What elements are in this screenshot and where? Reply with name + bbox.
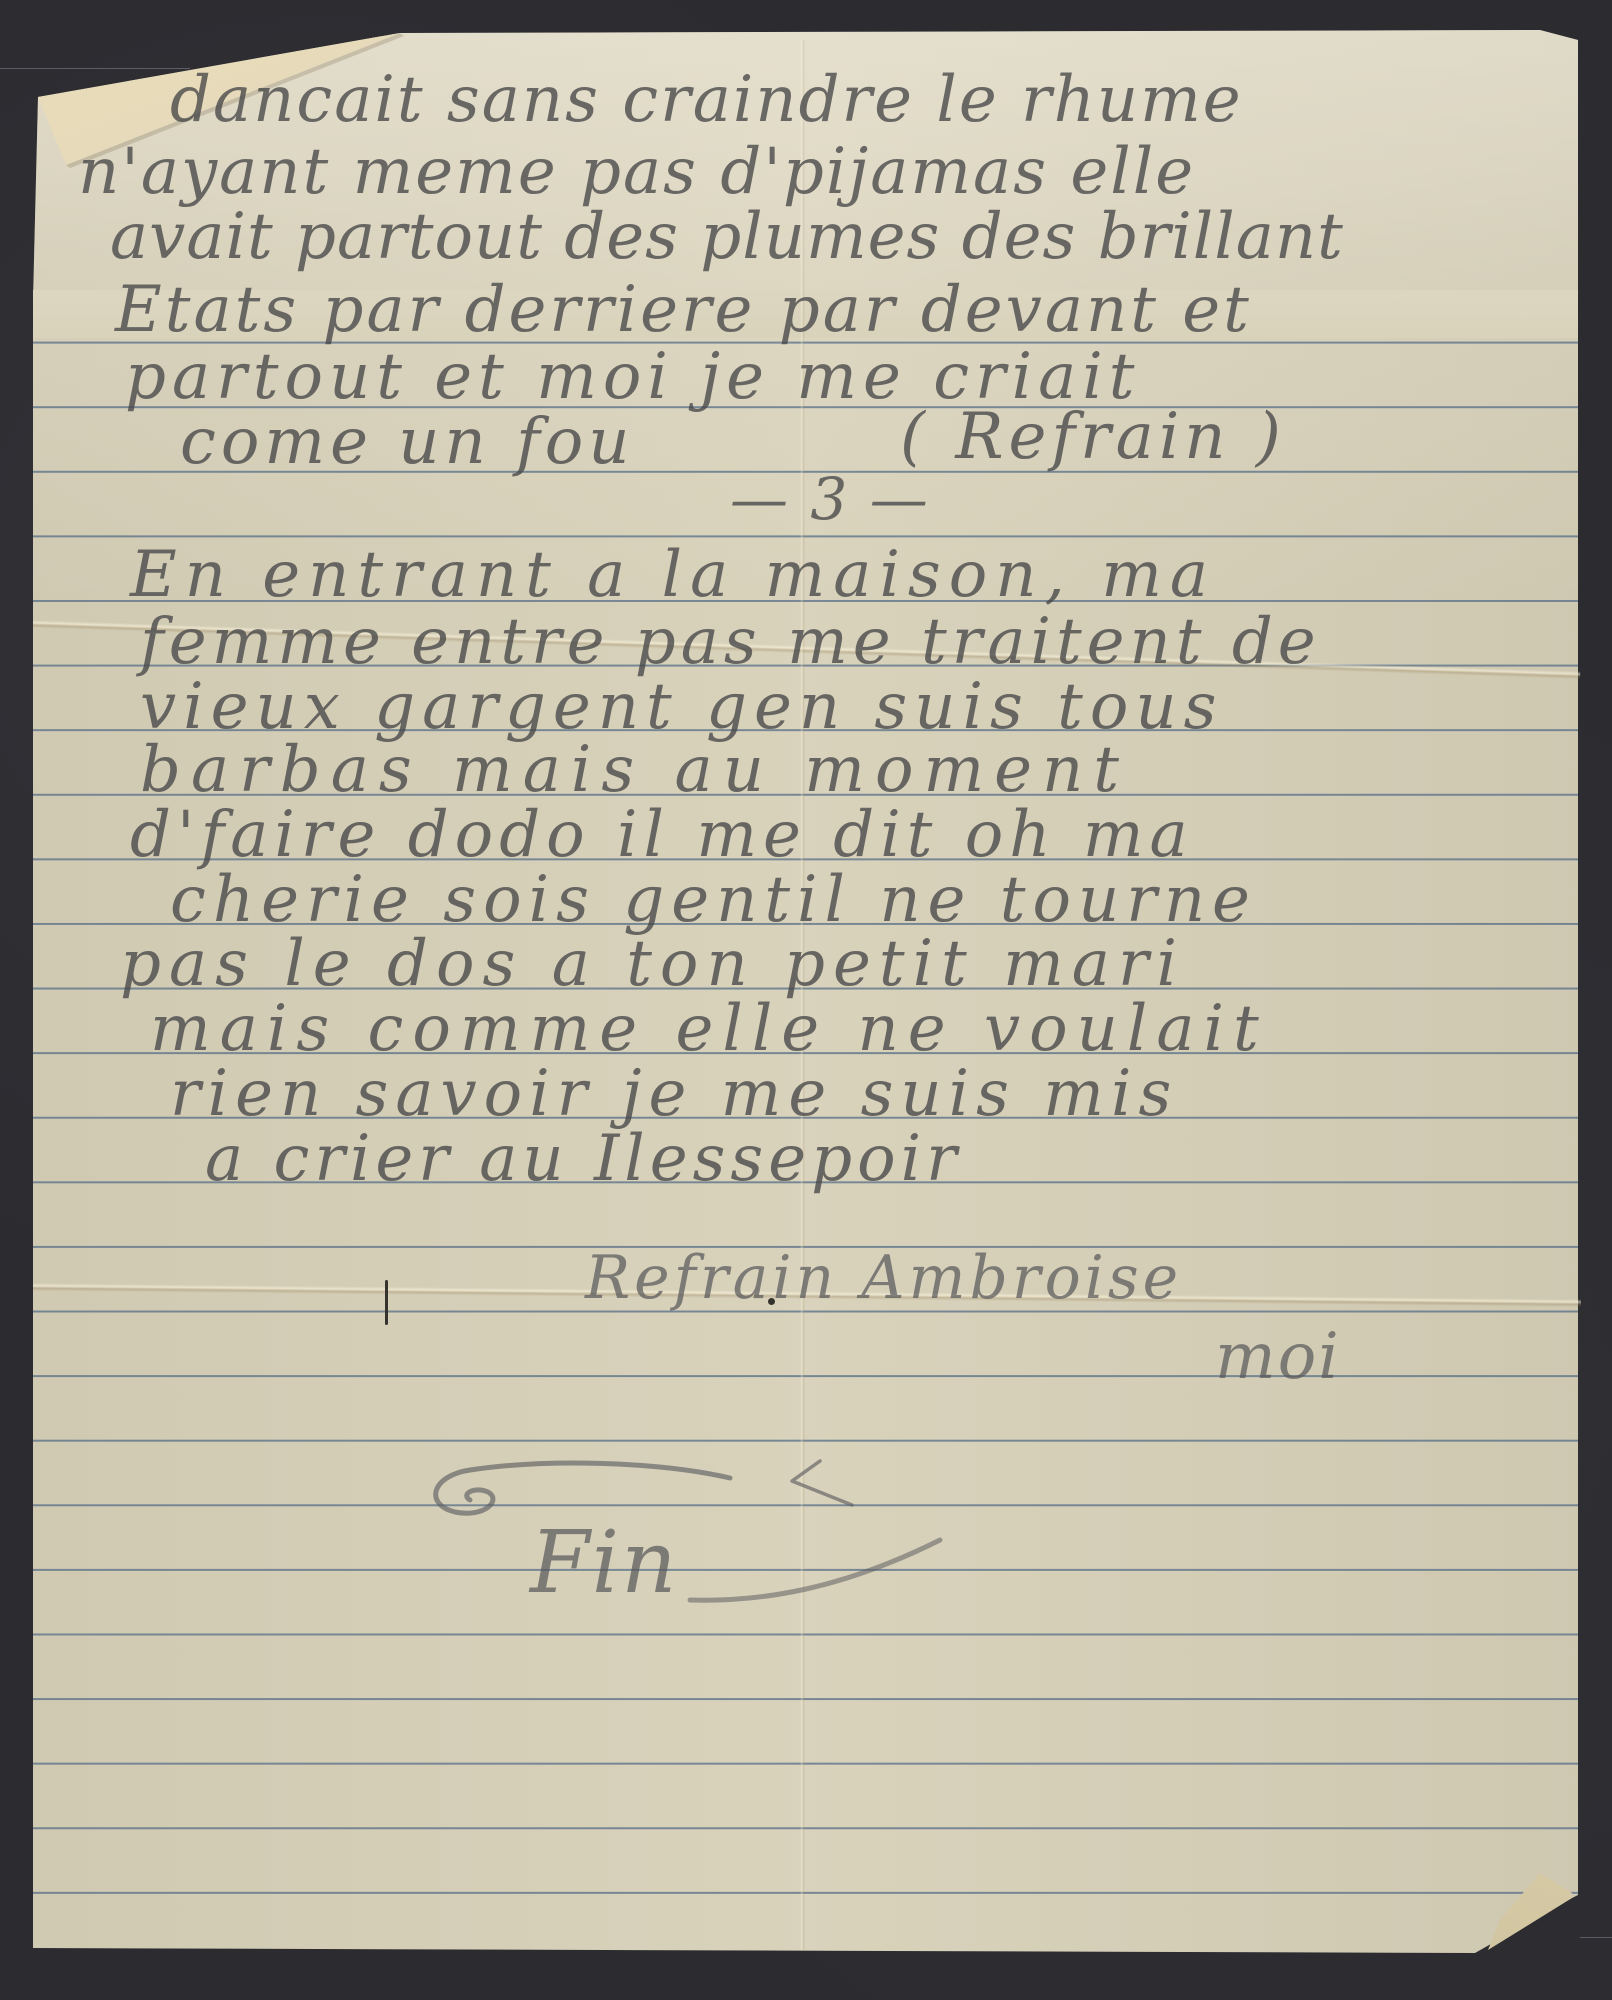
verse3-line-9: rien savoir je me suis mis <box>170 1062 1178 1126</box>
verse-line-6: come un fou <box>180 410 635 474</box>
verse3-line-10: a crier au Ilessepoir <box>205 1127 962 1191</box>
attribution-moi: moi <box>1215 1325 1341 1389</box>
verse3-line-7: pas le dos a ton petit mari <box>120 932 1185 996</box>
verse3-line-3: vieux gargent gen suis tous <box>140 675 1223 739</box>
verse-line-2: n'ayant meme pas d'pijamas elle <box>78 140 1195 204</box>
tear-mark <box>385 1280 388 1325</box>
verse3-line-8: mais comme elle ne voulait <box>150 997 1268 1061</box>
verse3-line-4: barbas mais au moment <box>140 738 1129 802</box>
verse-line-4: Etats par derriere par devant et <box>115 278 1252 342</box>
refrain-signature: Refrain Ambroise <box>585 1248 1182 1308</box>
verse3-line-5: d'faire dodo il me dit oh ma <box>130 803 1194 867</box>
verse3-line-2: femme entre pas me traitent de <box>140 610 1321 674</box>
verse3-line-6: cherie sois gentil ne tourne <box>170 868 1257 932</box>
refrain-note: ( Refrain ) <box>900 405 1286 469</box>
backdrop-scratch <box>1580 1937 1612 1938</box>
verse3-line-1: En entrant a la maison, ma <box>130 543 1216 607</box>
verse-line-1: dancait sans craindre le rhume <box>170 68 1243 132</box>
verse-number-marker: — 3 — <box>730 470 930 528</box>
end-mark-fin: Fin <box>530 1520 679 1606</box>
backdrop-scratch <box>0 68 190 69</box>
verse-line-3: avait partout des plumes des brillant <box>110 205 1344 269</box>
